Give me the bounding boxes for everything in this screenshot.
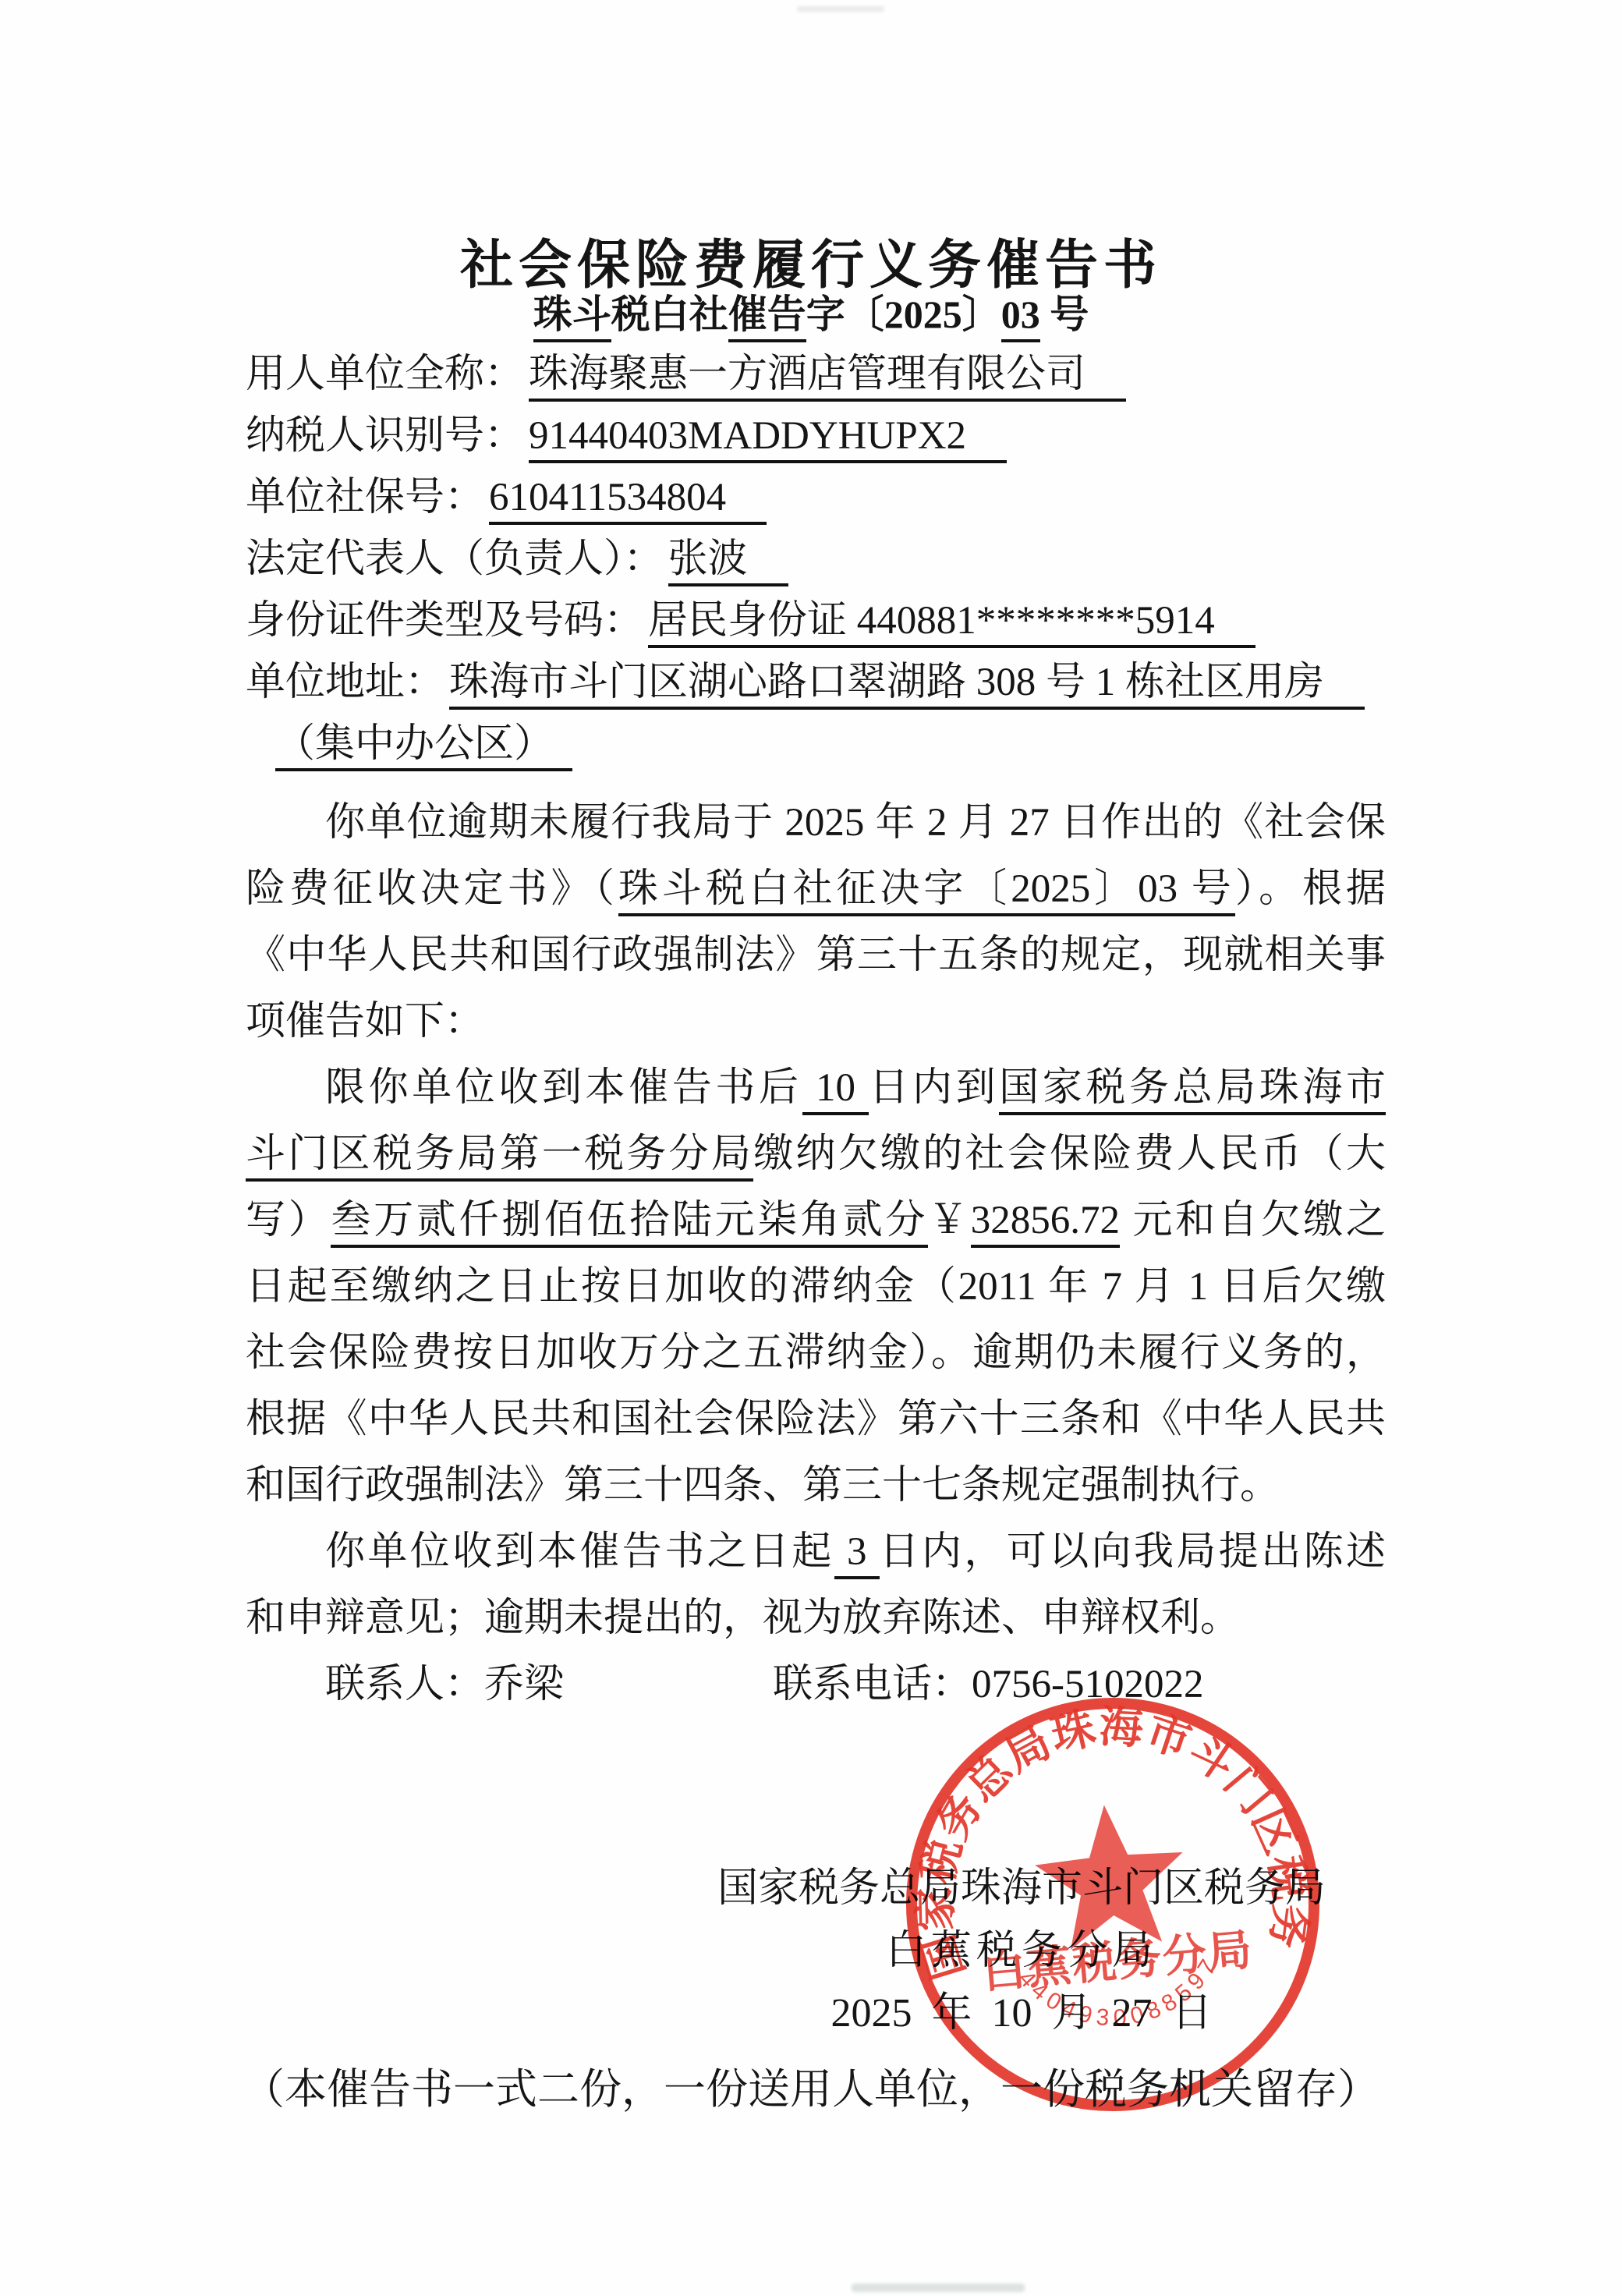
text-line: 《中华人民共和国行政强制法》第三十五条的规定，现就相关事 <box>246 923 1386 989</box>
paragraph-1: 你单位逾期未履行我局于 2025 年 2 月 27 日作出的《社会保险费征收决定… <box>246 790 1386 1055</box>
field-value: 珠海市斗门区湖心路口翠湖路 308 号 1 栋社区用房 <box>449 661 1365 710</box>
contact-person-label: 联系人： <box>325 1663 484 1706</box>
field-value: 91440403MADDYHUPX2 <box>529 414 1007 463</box>
static-text: 险费征收决定书》（ <box>246 867 618 911</box>
static-text: ￥ <box>928 1199 971 1242</box>
filled-blank-text: 32856.72 <box>971 1199 1120 1248</box>
field-value: 珠海聚惠一方酒店管理有限公司 <box>529 353 1126 402</box>
field-employer-address-cont: （集中办公区） <box>246 714 1386 775</box>
filled-blank-text: 叁万贰仟捌佰伍拾陆元柒角贰分 <box>331 1199 928 1248</box>
text-line: 和国行政强制法》第三十四条、第三十七条规定强制执行。 <box>246 1453 1386 1519</box>
field-label: 用人单位全称： <box>246 353 524 396</box>
static-text: 缴纳欠缴的社会保险费人民币（大 <box>753 1132 1386 1176</box>
filled-blank-text: 斗门区税务局第一税务分局 <box>246 1132 753 1182</box>
scan-artifact-top <box>797 6 884 12</box>
static-text: 税白社 <box>611 292 728 336</box>
document-number: 珠斗税白社催告字〔2025〕03 号 <box>0 290 1622 338</box>
text-line: 险费征收决定书》（珠斗税白社征决字〔2025〕03 号）。根据 <box>246 856 1386 923</box>
field-label: 纳税人识别号： <box>246 414 524 458</box>
field-taxpayer-id: 纳税人识别号：91440403MADDYHUPX2 <box>246 406 1386 467</box>
text-line: 你单位逾期未履行我局于 2025 年 2 月 27 日作出的《社会保 <box>246 790 1386 856</box>
static-text: 你单位逾期未履行我局于 2025 年 2 月 27 日作出的《社会保 <box>325 801 1386 845</box>
field-value: （集中办公区） <box>275 722 572 771</box>
paragraph-2: 限你单位收到本催告书后 10 日内到国家税务总局珠海市斗门区税务局第一税务分局缴… <box>246 1055 1386 1519</box>
static-text: 字〔2025〕 <box>806 292 1001 336</box>
document-page: 社会保险费履行义务催告书 珠斗税白社催告字〔2025〕03 号 用人单位全称：珠… <box>0 0 1622 2296</box>
static-text: 日内，可以向我局提出陈述 <box>880 1530 1386 1574</box>
static-text: 项催告如下： <box>246 1000 484 1043</box>
fields-block: 用人单位全称：珠海聚惠一方酒店管理有限公司纳税人识别号：91440403MADD… <box>246 344 1386 775</box>
text-line: 斗门区税务局第一税务分局缴纳欠缴的社会保险费人民币（大 <box>246 1121 1386 1188</box>
static-text: 写） <box>246 1199 331 1242</box>
static-text: ）。根据 <box>1235 867 1386 911</box>
static-text: 号 <box>1040 292 1089 336</box>
text-line: 限你单位收到本催告书后 10 日内到国家税务总局珠海市 <box>246 1055 1386 1121</box>
field-label: 单位社保号： <box>246 476 484 519</box>
filled-blank-text: 03 <box>1001 292 1040 342</box>
seal-star-icon <box>1030 1798 1190 1952</box>
static-text: 《中华人民共和国行政强制法》第三十五条的规定，现就相关事 <box>246 934 1386 977</box>
paragraph-3: 你单位收到本催告书之日起 3 日内，可以向我局提出陈述和申辩意见；逾期未提出的，… <box>246 1519 1386 1652</box>
field-label: 单位地址： <box>246 661 444 704</box>
field-label: 身份证件类型及号码： <box>246 599 643 643</box>
field-legal-representative: 法定代表人（负责人）：张波 <box>246 529 1386 590</box>
text-line: 日起至缴纳之日止按日加收的滞纳金（2011 年 7 月 1 日后欠缴 <box>246 1254 1386 1320</box>
filled-blank-text: 国家税务总局珠海市 <box>999 1066 1386 1115</box>
filled-blank-text: 催告 <box>728 292 806 342</box>
text-line: 项催告如下： <box>246 989 1386 1055</box>
field-employer-name: 用人单位全称：珠海聚惠一方酒店管理有限公司 <box>246 344 1386 406</box>
document-title: 社会保险费履行义务催告书 <box>0 236 1622 295</box>
static-text: 限你单位收到本催告书后 <box>325 1066 802 1110</box>
filled-blank-text: 珠斗税白社征决字〔2025〕03 号 <box>618 867 1235 916</box>
filled-blank-text: 珠斗 <box>533 292 611 342</box>
static-text: 日内到 <box>869 1066 999 1110</box>
field-value: 居民身份证 440881********5914 <box>648 599 1255 648</box>
field-social-insurance-no: 单位社保号：610411534804 <box>246 467 1386 529</box>
text-line: 写）叁万贰仟捌佰伍拾陆元柒角贰分￥32856.72 元和自欠缴之 <box>246 1188 1386 1254</box>
static-text: 日起至缴纳之日止按日加收的滞纳金（2011 年 7 月 1 日后欠缴 <box>246 1265 1386 1309</box>
field-value: 张波 <box>668 537 788 586</box>
text-line: 你单位收到本催告书之日起 3 日内，可以向我局提出陈述 <box>246 1519 1386 1586</box>
text-line: 社会保险费按日加收万分之五滞纳金）。逾期仍未履行义务的， <box>246 1320 1386 1387</box>
text-line: 和申辩意见；逾期未提出的，视为放弃陈述、申辩权利。 <box>246 1586 1386 1652</box>
filled-blank-text: 3 <box>834 1530 880 1579</box>
field-employer-address: 单位地址：珠海市斗门区湖心路口翠湖路 308 号 1 栋社区用房 <box>246 652 1386 714</box>
static-text: 根据《中华人民共和国社会保险法》第六十三条和《中华人民共 <box>246 1398 1386 1441</box>
filled-blank-text: 10 <box>802 1066 869 1115</box>
field-id-type-number: 身份证件类型及号码：居民身份证 440881********5914 <box>246 590 1386 652</box>
footer-note: （本催告书一式二份，一份送用人单位，一份税务机关留存） <box>0 2065 1622 2114</box>
static-text: 和国行政强制法》第三十四条、第三十七条规定强制执行。 <box>246 1464 1280 1508</box>
static-text: 你单位收到本催告书之日起 <box>325 1530 834 1574</box>
text-line: 根据《中华人民共和国社会保险法》第六十三条和《中华人民共 <box>246 1387 1386 1453</box>
scan-artifact-bottom <box>852 2284 1025 2292</box>
field-value: 610411534804 <box>489 476 767 525</box>
static-text: 社会保险费按日加收万分之五滞纳金）。逾期仍未履行义务的， <box>246 1331 1386 1375</box>
field-label: 法定代表人（负责人）： <box>246 537 664 581</box>
contact-person-name: 乔梁 <box>484 1663 564 1706</box>
static-text: 和申辩意见；逾期未提出的，视为放弃陈述、申辩权利。 <box>246 1596 1240 1640</box>
static-text: 元和自欠缴之 <box>1120 1199 1386 1242</box>
